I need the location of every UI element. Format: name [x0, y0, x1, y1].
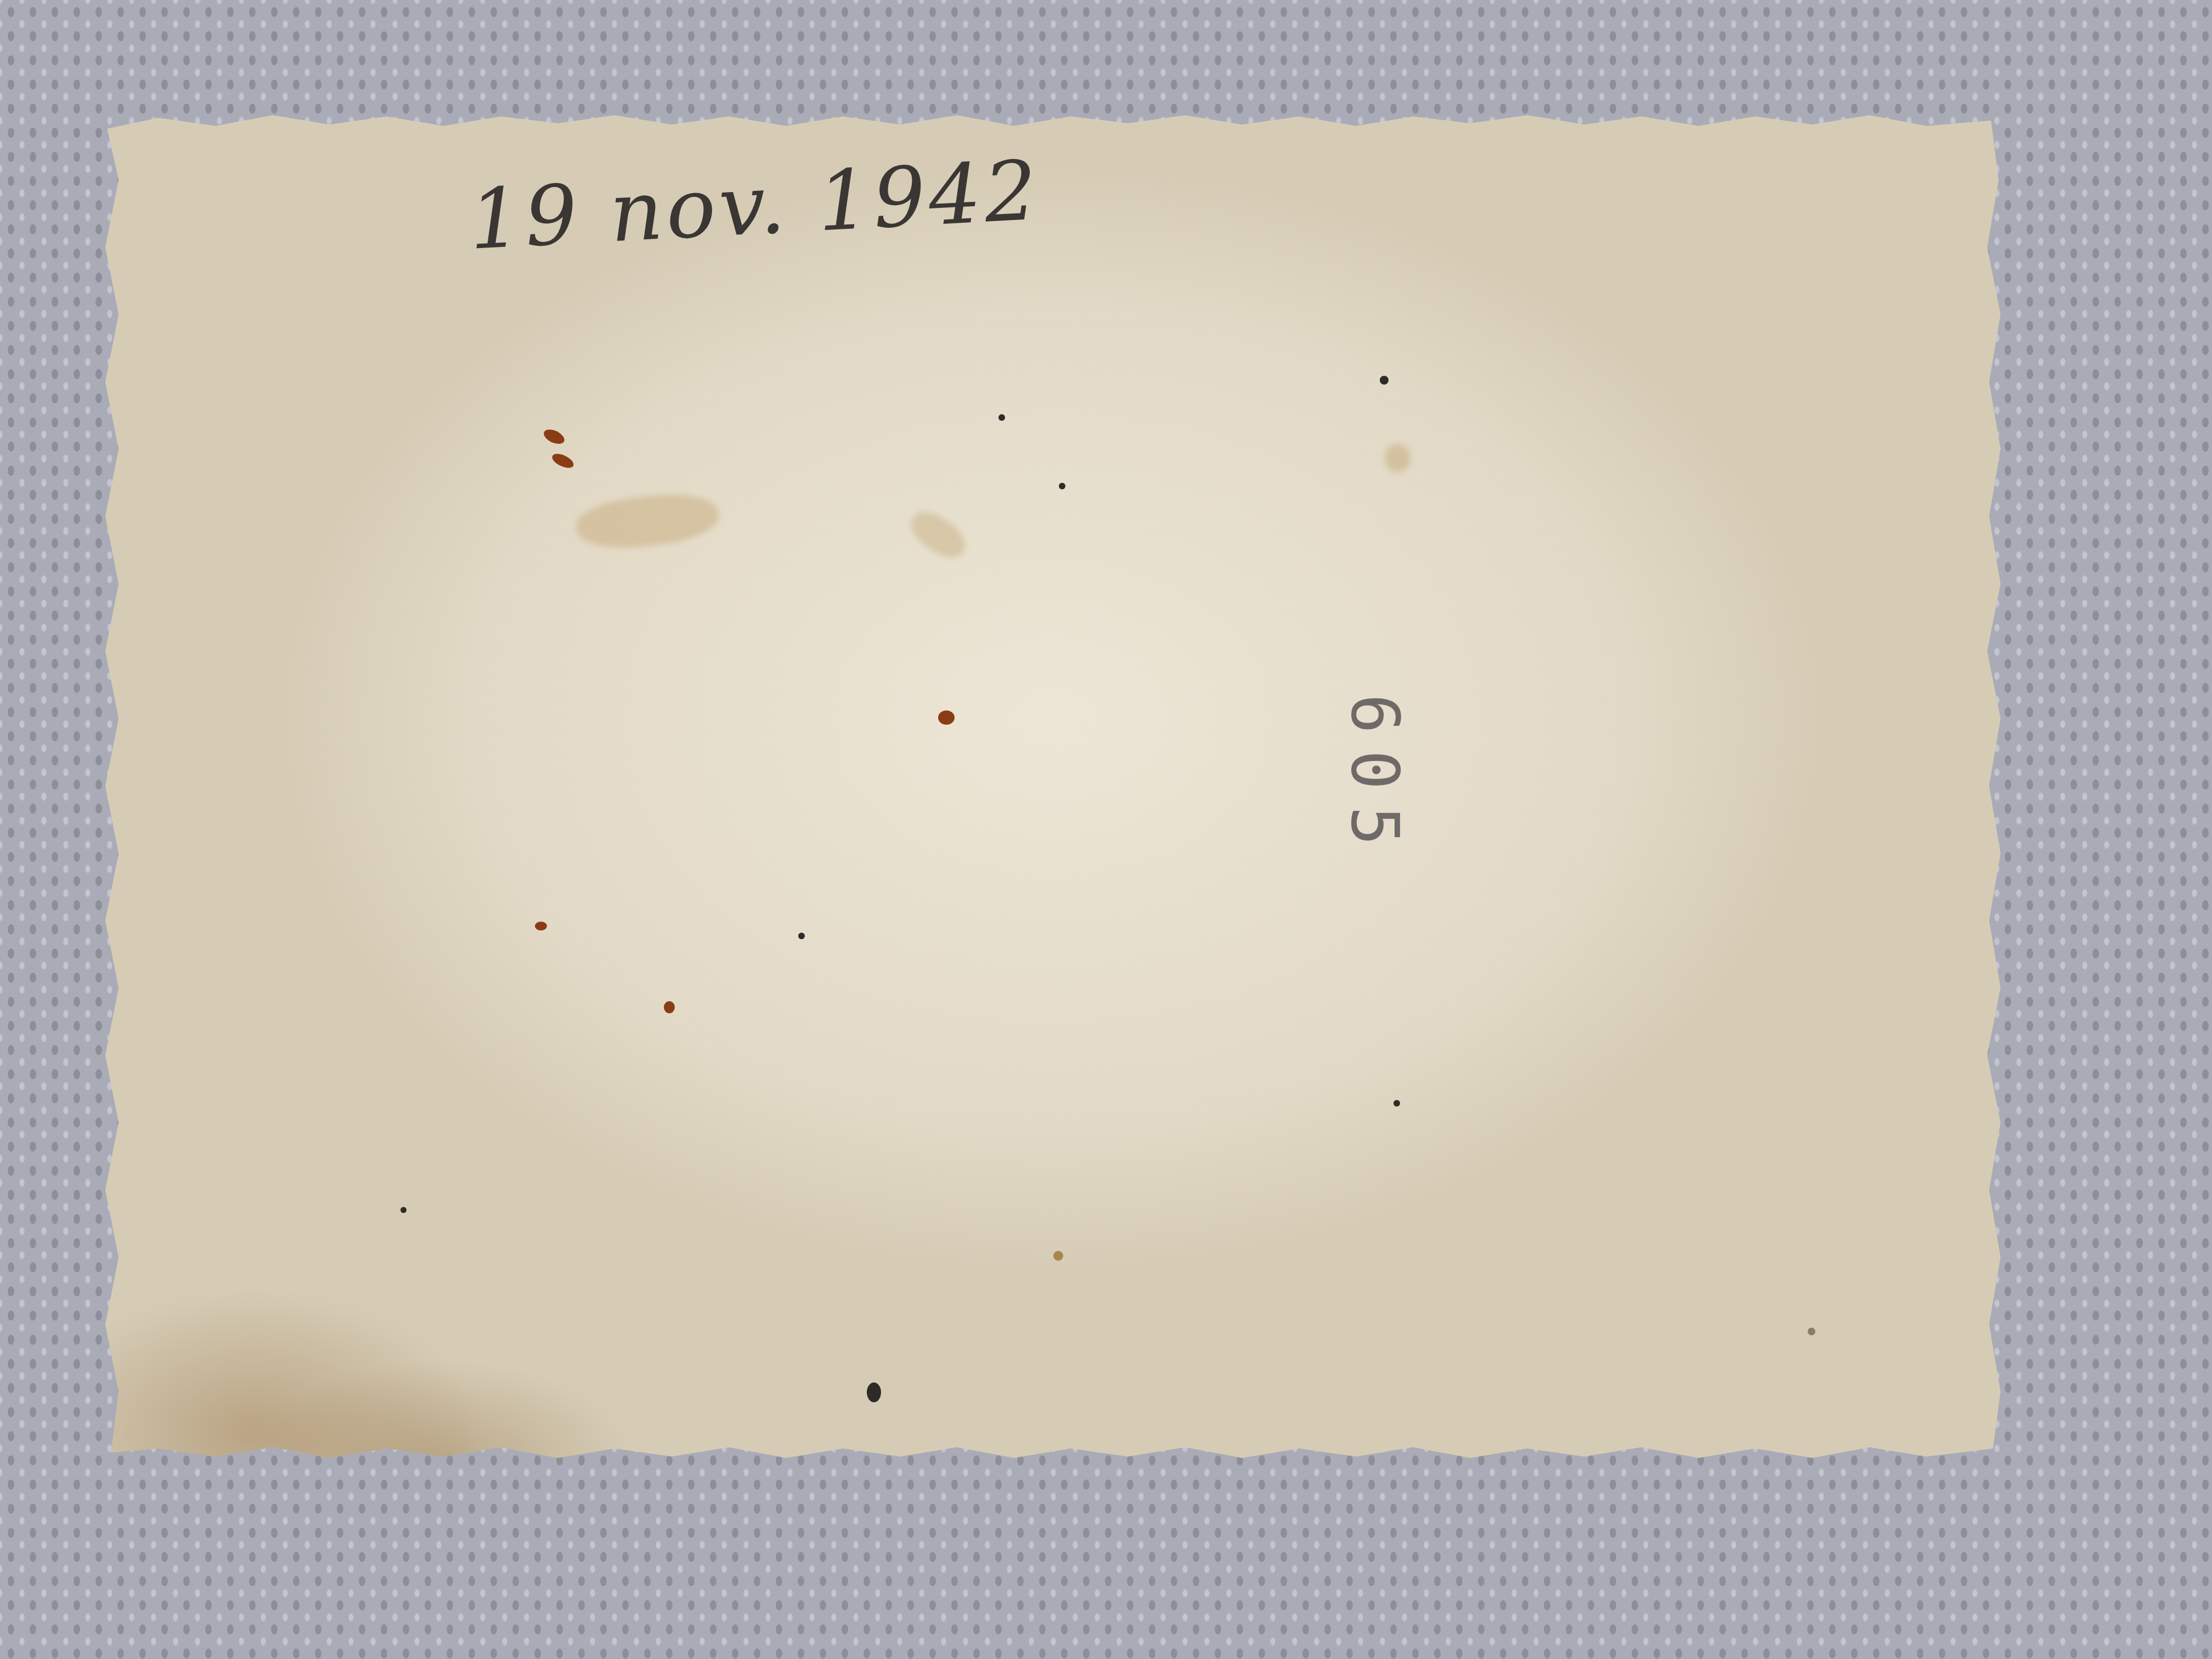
- dark-dot: [400, 1207, 407, 1213]
- dark-dot: [998, 414, 1005, 421]
- rust-spot: [541, 427, 567, 447]
- dark-dot: [867, 1383, 881, 1402]
- water-stain: [1385, 444, 1410, 472]
- dark-dot: [1059, 483, 1065, 489]
- rust-spot: [938, 710, 955, 725]
- stamp-number: 605: [1336, 694, 1413, 862]
- rust-spot: [535, 922, 547, 930]
- photo-back: 19 nov. 1942 605: [101, 112, 2002, 1459]
- handwritten-date: 19 nov. 1942: [467, 143, 1042, 268]
- rust-spot: [550, 451, 576, 471]
- dark-dot: [1053, 1251, 1063, 1261]
- dark-dot: [1380, 376, 1389, 385]
- dark-dot: [1808, 1328, 1815, 1335]
- rust-spot: [664, 1001, 675, 1013]
- water-stain: [904, 504, 973, 566]
- dark-dot: [1393, 1100, 1400, 1107]
- dark-dot: [798, 933, 805, 939]
- water-stain: [574, 489, 721, 554]
